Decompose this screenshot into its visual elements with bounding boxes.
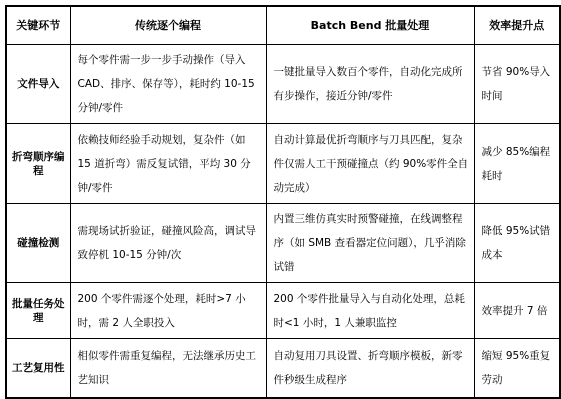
table-row: 工艺复用性 相似零件需重复编程，无法继承历史工艺知识 自动复用刀具设置、折弯顺序… xyxy=(6,339,560,399)
batch-bend-cell: 内置三维仿真实时预警碰撞，在线调整程序（如 SMB 查看器定位问题），几乎消除试… xyxy=(266,204,474,283)
row-header-cell: 碰撞检测 xyxy=(6,204,70,283)
efficiency-gain-cell: 降低 95%试错成本 xyxy=(474,204,560,283)
table-row: 批量任务处理 200 个零件需逐个处理，耗时>7 小时，需 2 人全职投入 20… xyxy=(6,283,560,339)
row-header-cell: 折弯顺序编程 xyxy=(6,124,70,204)
traditional-cell: 需现场试折验证，碰撞风险高，调试导致停机 10-15 分钟/次 xyxy=(70,204,266,283)
efficiency-gain-cell: 减少 85%编程耗时 xyxy=(474,124,560,204)
header-row: 关键环节 传统逐个编程 Batch Bend 批量处理 效率提升点 xyxy=(6,6,560,45)
efficiency-gain-cell: 缩短 95%重复劳动 xyxy=(474,339,560,399)
traditional-cell: 依赖技师经验手动规划，复杂件（如 15 道折弯）需反复试错，平均 30 分钟/零… xyxy=(70,124,266,204)
batch-bend-cell: 200 个零件批量导入与自动化处理，总耗时<1 小时，1 人兼职监控 xyxy=(266,283,474,339)
traditional-cell: 200 个零件需逐个处理，耗时>7 小时，需 2 人全职投入 xyxy=(70,283,266,339)
column-header-traditional: 传统逐个编程 xyxy=(70,6,266,45)
table-row: 碰撞检测 需现场试折验证，碰撞风险高，调试导致停机 10-15 分钟/次 内置三… xyxy=(6,204,560,283)
table-row: 文件导入 每个零件需一步一步手动操作（导入 CAD、排序、保存等），耗时约 10… xyxy=(6,45,560,124)
efficiency-gain-cell: 效率提升 7 倍 xyxy=(474,283,560,339)
batch-bend-cell: 自动计算最优折弯顺序与刀具匹配，复杂件仅需人工干预碰撞点（约 90%零件全自动完… xyxy=(266,124,474,204)
batch-bend-cell: 自动复用刀具设置、折弯顺序模板，新零件秒级生成程序 xyxy=(266,339,474,399)
column-header-batch-bend: Batch Bend 批量处理 xyxy=(266,6,474,45)
comparison-table: 关键环节 传统逐个编程 Batch Bend 批量处理 效率提升点 文件导入 每… xyxy=(5,5,561,399)
document-page: 关键环节 传统逐个编程 Batch Bend 批量处理 效率提升点 文件导入 每… xyxy=(0,0,561,364)
table-row: 折弯顺序编程 依赖技师经验手动规划，复杂件（如 15 道折弯）需反复试错，平均 … xyxy=(6,124,560,204)
row-header-cell: 文件导入 xyxy=(6,45,70,124)
batch-bend-cell: 一键批量导入数百个零件，自动化完成所有步操作，接近分钟/零件 xyxy=(266,45,474,124)
row-header-cell: 批量任务处理 xyxy=(6,283,70,339)
column-header-efficiency: 效率提升点 xyxy=(474,6,560,45)
efficiency-gain-cell: 节省 90%导入时间 xyxy=(474,45,560,124)
traditional-cell: 每个零件需一步一步手动操作（导入 CAD、排序、保存等），耗时约 10-15 分… xyxy=(70,45,266,124)
traditional-cell: 相似零件需重复编程，无法继承历史工艺知识 xyxy=(70,339,266,399)
column-header-key-aspect: 关键环节 xyxy=(6,6,70,45)
row-header-cell: 工艺复用性 xyxy=(6,339,70,399)
